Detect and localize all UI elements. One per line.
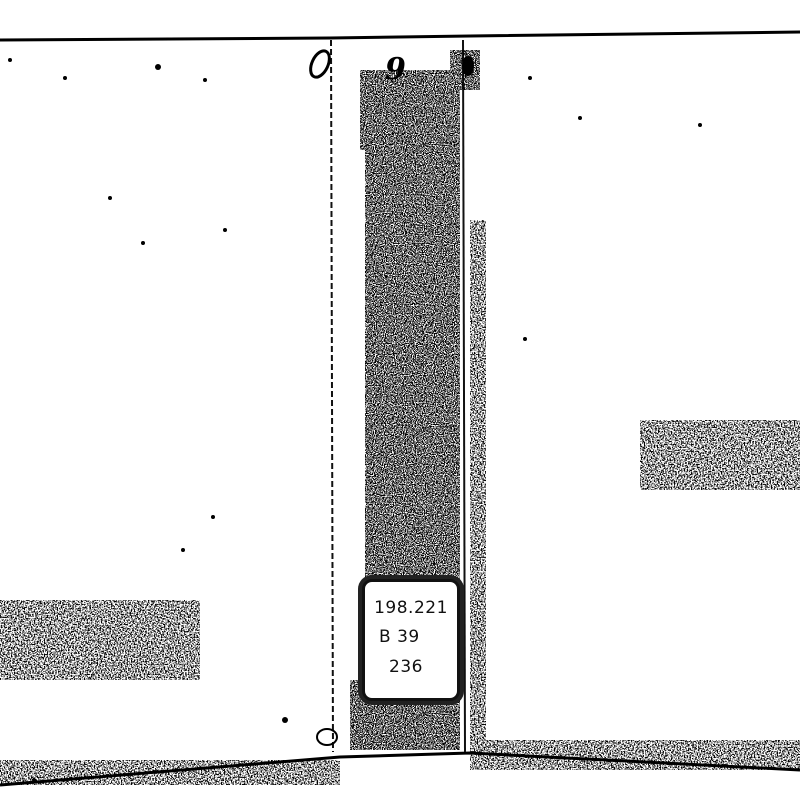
spine-handwritten-mark: 9: [385, 52, 406, 87]
call-number-line-2: B 39: [379, 627, 471, 647]
call-number-line-3: 236: [389, 657, 481, 677]
cover-top-edge: [0, 32, 800, 40]
call-number-line-1: 198.221: [365, 598, 457, 618]
call-number-label: 198.221 B 39 236: [362, 579, 460, 701]
